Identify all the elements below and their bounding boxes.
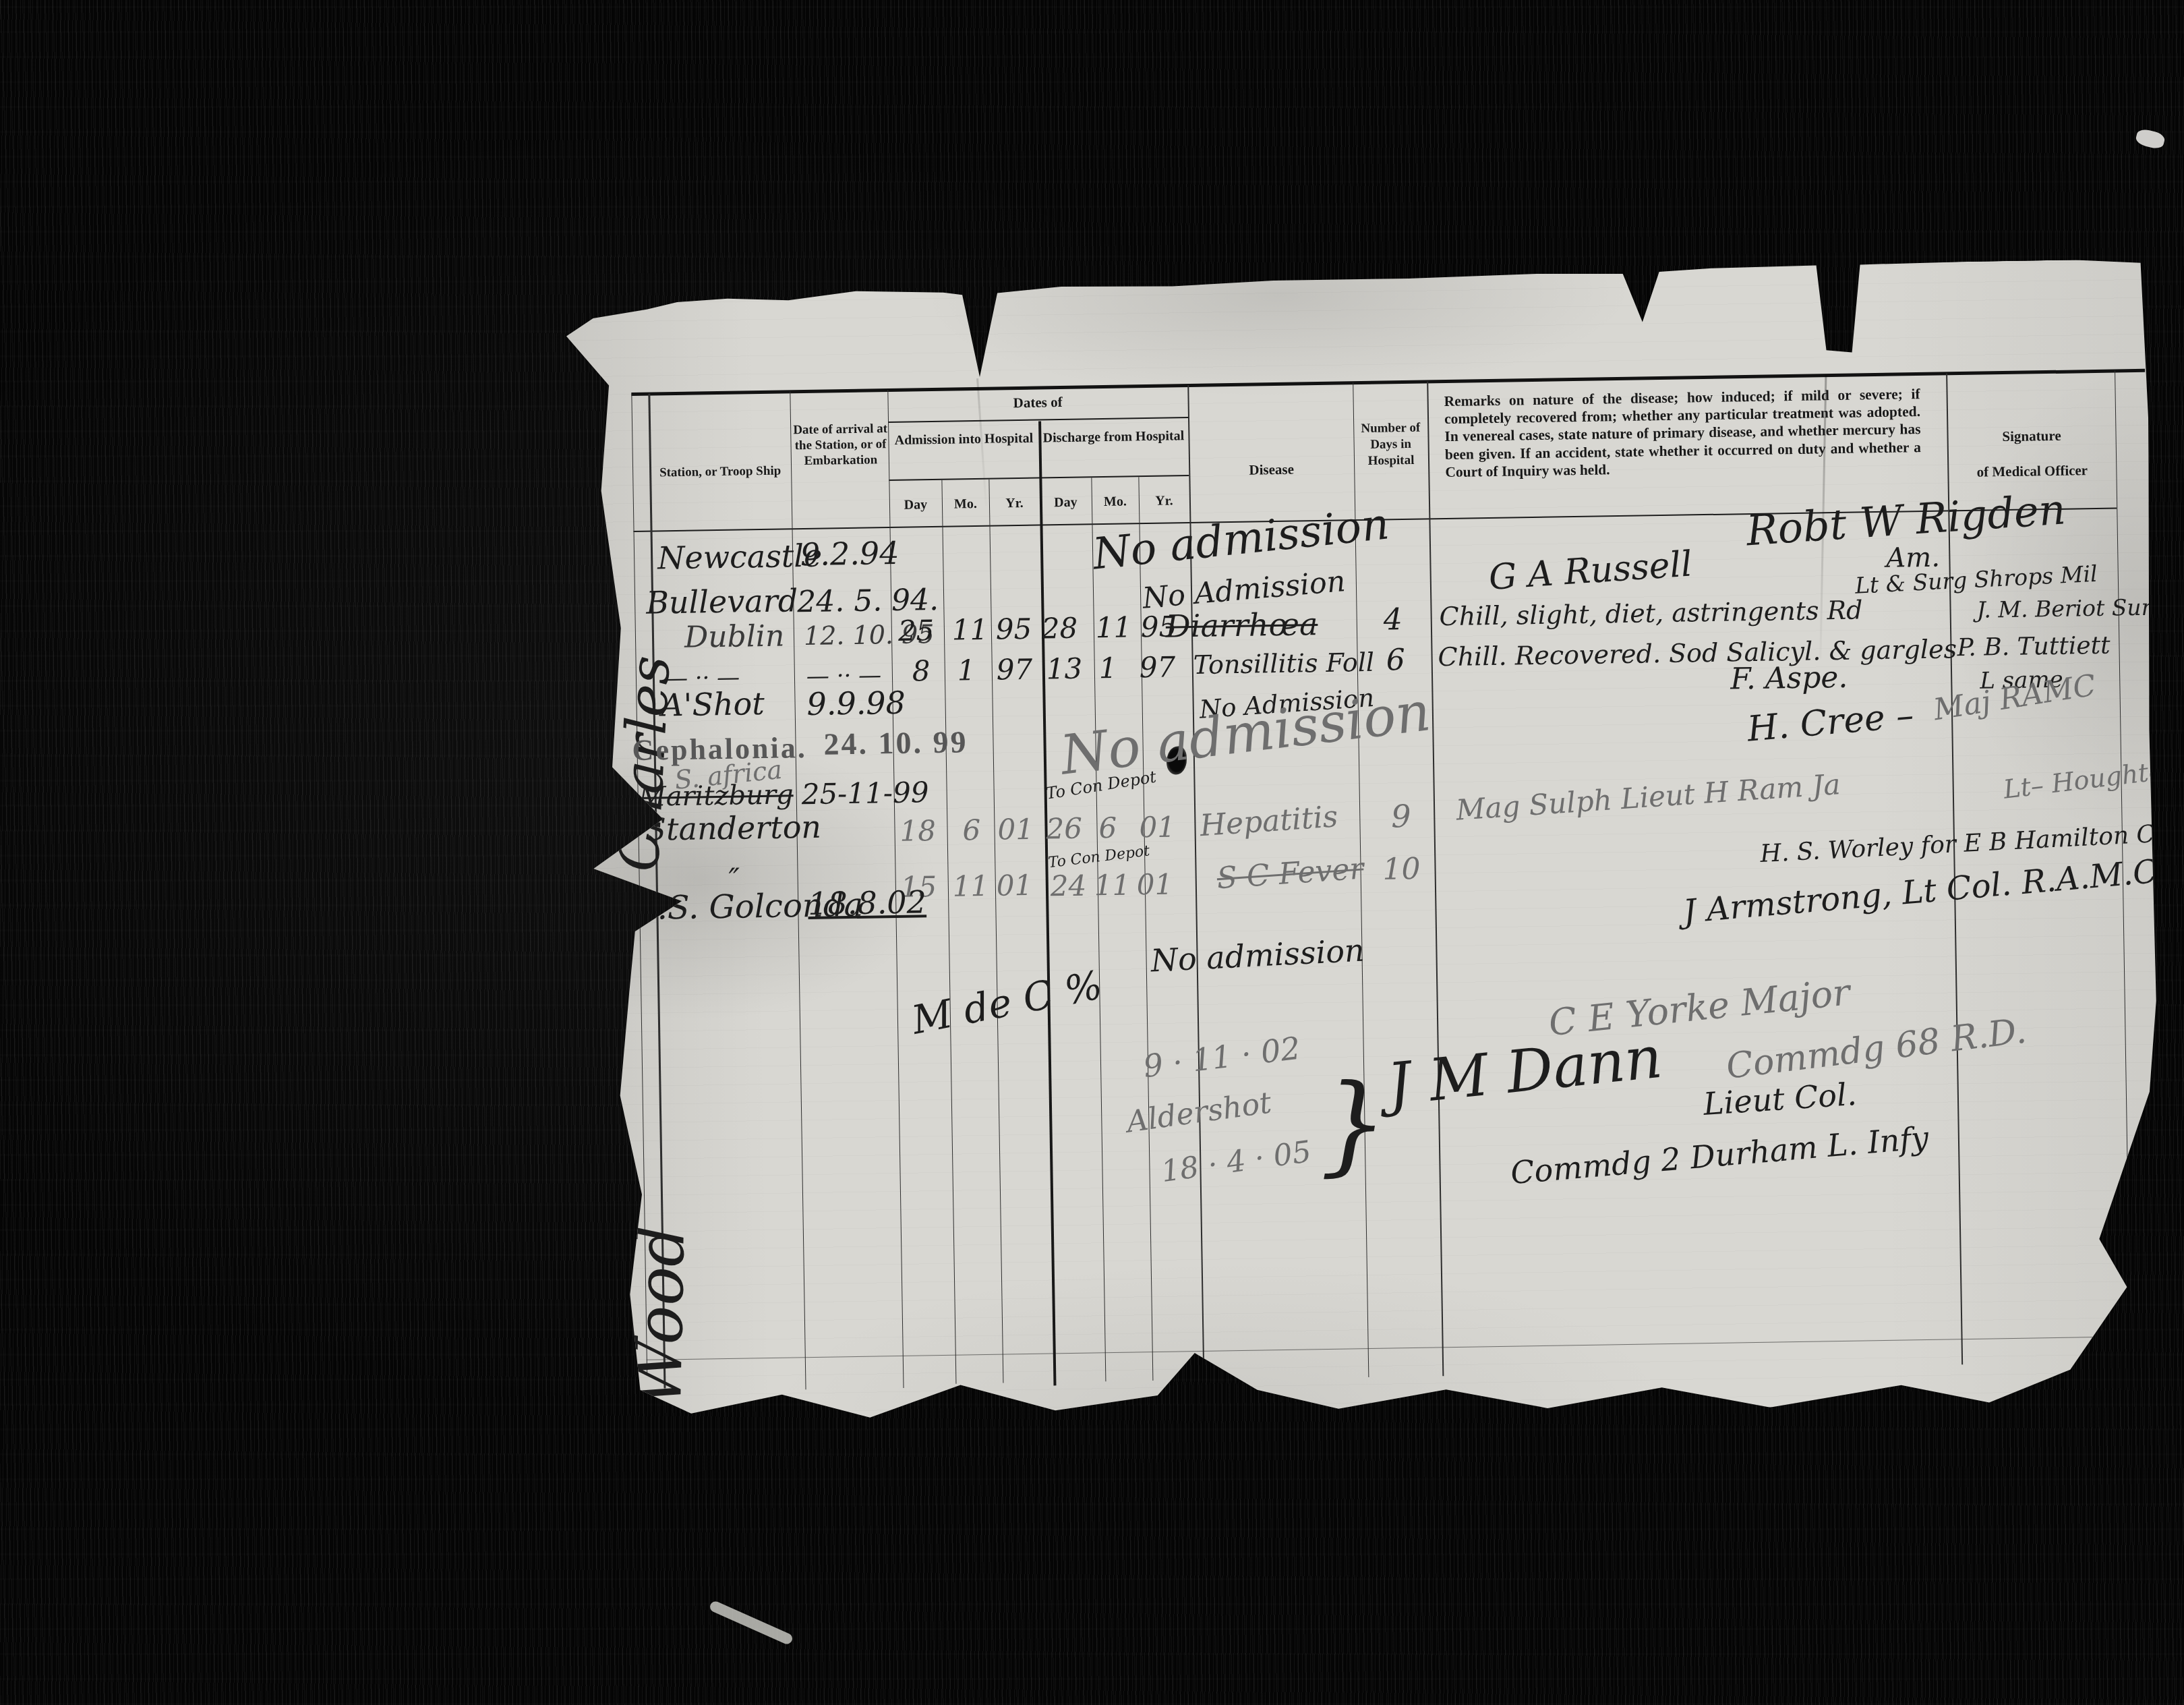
header-disease: Disease [1189, 460, 1354, 480]
signature-dann-unit: Commdg 2 Durham L. Infy [1509, 1119, 1930, 1191]
adm-day-dublin: 25 [898, 614, 935, 647]
adm-yr-fever: 01 [996, 869, 1032, 902]
col-rule-remarks [1427, 381, 1444, 1376]
days-hepatitis: 9 [1391, 798, 1411, 834]
dis-mo-fever: 11 [1094, 869, 1130, 902]
disease-sc-fever: S C Fever [1216, 851, 1365, 896]
remark-hepatitis: Mag Sulph Lieut H Ram Ja [1455, 768, 1841, 827]
station-ashot: A'Shot [661, 685, 765, 723]
margin-label-surname: Surname [603, 1271, 627, 1392]
dis-yr-fever: 01 [1136, 868, 1173, 902]
disease-no-admission-1: No admission [1090, 499, 1391, 579]
arrival-maritzburg: 25-11-99 [801, 776, 928, 811]
signature-yorke: C E Yorke Major [1547, 971, 1852, 1044]
days-tonsillitis: 6 [1386, 643, 1405, 677]
medical-history-sheet: Station, or Troop Ship Date of arrival a… [566, 259, 2168, 1434]
arrival-ashot: 9.9.98 [806, 685, 906, 722]
adm-mo-tonsillitis: 1 [957, 654, 976, 687]
disease-no-admission-4: No admission [1150, 932, 1365, 979]
station-maritzburg: Maritzburg [638, 779, 794, 813]
dis-mo-dublin: 11 [1095, 610, 1131, 644]
paper-scrap-2 [2135, 127, 2166, 150]
days-sc-fever: 10 [1382, 852, 1421, 887]
header-admission: Admission into Hospital [890, 430, 1037, 449]
adm-day-hepatitis: 18 [899, 814, 936, 848]
note-date-9-11-02: 9 · 11 · 02 [1141, 1030, 1302, 1085]
table-bottom-rule [647, 1336, 2130, 1360]
photo-black-background: Station, or Troop Ship Date of arrival a… [0, 0, 2184, 1705]
header-dis-mo: Mo. [1092, 494, 1139, 510]
arrival-newcastle: 9.2.94 [800, 535, 899, 573]
disease-diarrhoea: Diarrhœa [1165, 606, 1318, 645]
adm-yr-tonsillitis: 97 [996, 653, 1032, 687]
header-remarks: Remarks on nature of the disease; how in… [1444, 385, 1921, 481]
signature-yorke-unit: Commdg 68 R.D. [1724, 1011, 2029, 1087]
dis-day-dublin: 28 [1041, 612, 1078, 645]
station-dublin: Dublin [684, 619, 785, 655]
header-dis-day: Day [1040, 494, 1092, 511]
adm-mo-fever: 11 [952, 869, 988, 903]
header-dis-yr: Yr. [1139, 493, 1189, 509]
station-standerton: Standerton [645, 809, 821, 848]
col-rule-adm-dis [1038, 422, 1056, 1386]
disease-tonsillitis: Tonsillitis Foll [1193, 647, 1374, 680]
dis-yr-hepatitis: 01 [1139, 810, 1175, 844]
adm-yr-dublin: 95 [995, 612, 1032, 646]
header-signature-1: Signature [1949, 427, 2114, 446]
dis-day-hepatitis: 26 [1046, 812, 1082, 846]
header-discharge: Discharge from Hospital [1040, 428, 1187, 446]
remark-dublin: Chill, slight, diet, astringents Rd [1439, 595, 1863, 631]
stamp-cephalonia-date: 24. 10. 99 [823, 724, 968, 761]
paper-scrap [708, 1600, 794, 1646]
station-bullevard: Bullevard [646, 582, 798, 621]
header-days-in-hospital: Number of Days in Hospital [1354, 420, 1427, 469]
signature-houghton: Lt– Houghton [2002, 753, 2182, 804]
arrival-golconda: 18.8.02 [808, 884, 926, 922]
dis-day-tonsillitis: 13 [1046, 652, 1082, 686]
signature-beriot: J. M. Beriot Surg Lieut [1976, 593, 2184, 623]
margin-label-christian-name: Christian Name [593, 782, 620, 1045]
header-adm-yr: Yr. [989, 496, 1040, 512]
dis-mo-hepatitis: 6 [1098, 811, 1117, 844]
days-diarrhoea: 4 [1383, 602, 1403, 637]
note-date-18-4-05: 18 · 4 · 05 [1159, 1134, 1314, 1189]
signature-tuttiett: P. B. Tuttiett [1957, 632, 2111, 662]
surname-handwritten: Wood [620, 1002, 703, 1408]
signature-armstrong: J Armstrong, Lt Col. R.A.M.C [1682, 852, 2159, 931]
dis-note-fever: To Con Depot [1047, 842, 1150, 871]
remark-tonsillitis: Chill. Recovered. Sod Salicyl. & gargles [1438, 634, 1957, 672]
dis-day-fever: 24 [1050, 869, 1086, 903]
dis-mo-tonsillitis: 1 [1098, 652, 1117, 685]
note-mdec: M de C % [908, 962, 1106, 1043]
header-adm-mo: Mo. [942, 496, 989, 513]
signature-dann: J M Dann [1384, 1024, 1665, 1119]
remark-russell: G A Russell [1487, 544, 1694, 598]
note-lieut-col: Lieut Col. [1702, 1076, 1858, 1122]
dis-yr-tonsillitis: 97 [1139, 650, 1175, 684]
header-signature-2: of Medical Officer [1949, 462, 2115, 482]
header-dates-of: Dates of [887, 392, 1187, 413]
adm-day-tonsillitis: 8 [912, 654, 931, 687]
adm-mo-hepatitis: 6 [962, 813, 981, 846]
header-adm-day: Day [889, 497, 942, 513]
disease-hepatitis: Hepatitis [1199, 799, 1339, 843]
signature-cree: H. Cree – [1746, 695, 1915, 750]
adm-yr-hepatitis: 01 [997, 813, 1034, 846]
remark-aspe: F. Aspe. [1730, 660, 1848, 697]
station-newcastle: Newcastle [657, 538, 823, 577]
adm-mo-dublin: 11 [952, 613, 988, 647]
note-brace: } [1318, 1060, 1389, 1188]
header-arrival: Date of arrival at the Station, or of Em… [792, 422, 889, 469]
